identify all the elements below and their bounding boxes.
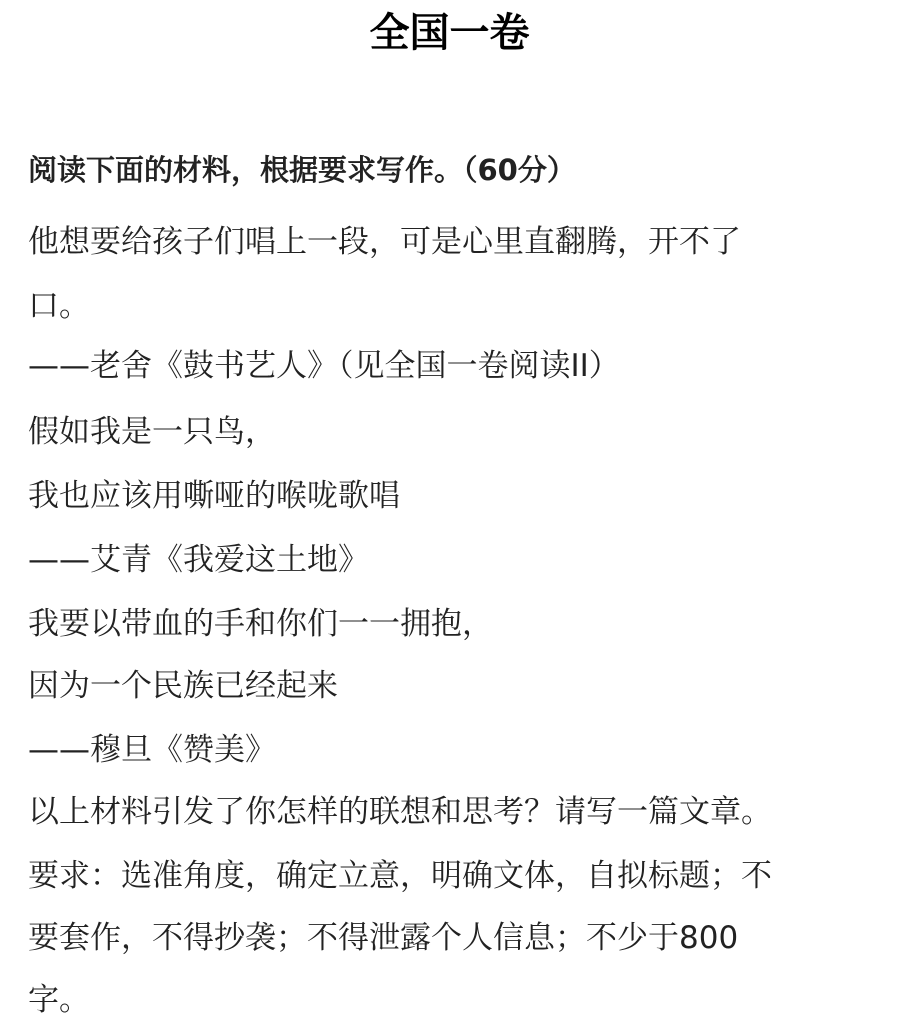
quote-line: 他想要给孩子们唱上一段，可是心里直翻腾，开不了 xyxy=(28,222,741,262)
quote-attribution: ——艾青《我爱这土地》 xyxy=(28,540,369,580)
quote-line: 因为一个民族已经起来 xyxy=(28,666,338,706)
prompt-line: 以上材料引发了你怎样的联想和思考？请写一篇文章。 xyxy=(28,792,772,832)
quote-attribution: ——老舍《鼓书艺人》（见全国一卷阅读II） xyxy=(28,346,620,386)
quote-line: 我也应该用嘶哑的喉咙歌唱 xyxy=(28,476,400,516)
quote-line: 我要以带血的手和你们一一拥抱， xyxy=(28,604,493,644)
quote-line: 假如我是一只鸟， xyxy=(28,412,276,452)
page-title: 全国一卷 xyxy=(0,8,899,58)
instruction-heading: 阅读下面的材料，根据要求写作。（60分） xyxy=(28,150,576,190)
requirements-line: 要求：选准角度，确定立意，明确文体，自拟标题；不 xyxy=(28,856,772,896)
quote-attribution: ——穆旦《赞美》 xyxy=(28,730,276,770)
quote-line: 口。 xyxy=(28,286,90,326)
requirements-line: 字。 xyxy=(28,980,90,1020)
requirements-line: 要套作，不得抄袭；不得泄露个人信息；不少于800 xyxy=(28,918,738,958)
